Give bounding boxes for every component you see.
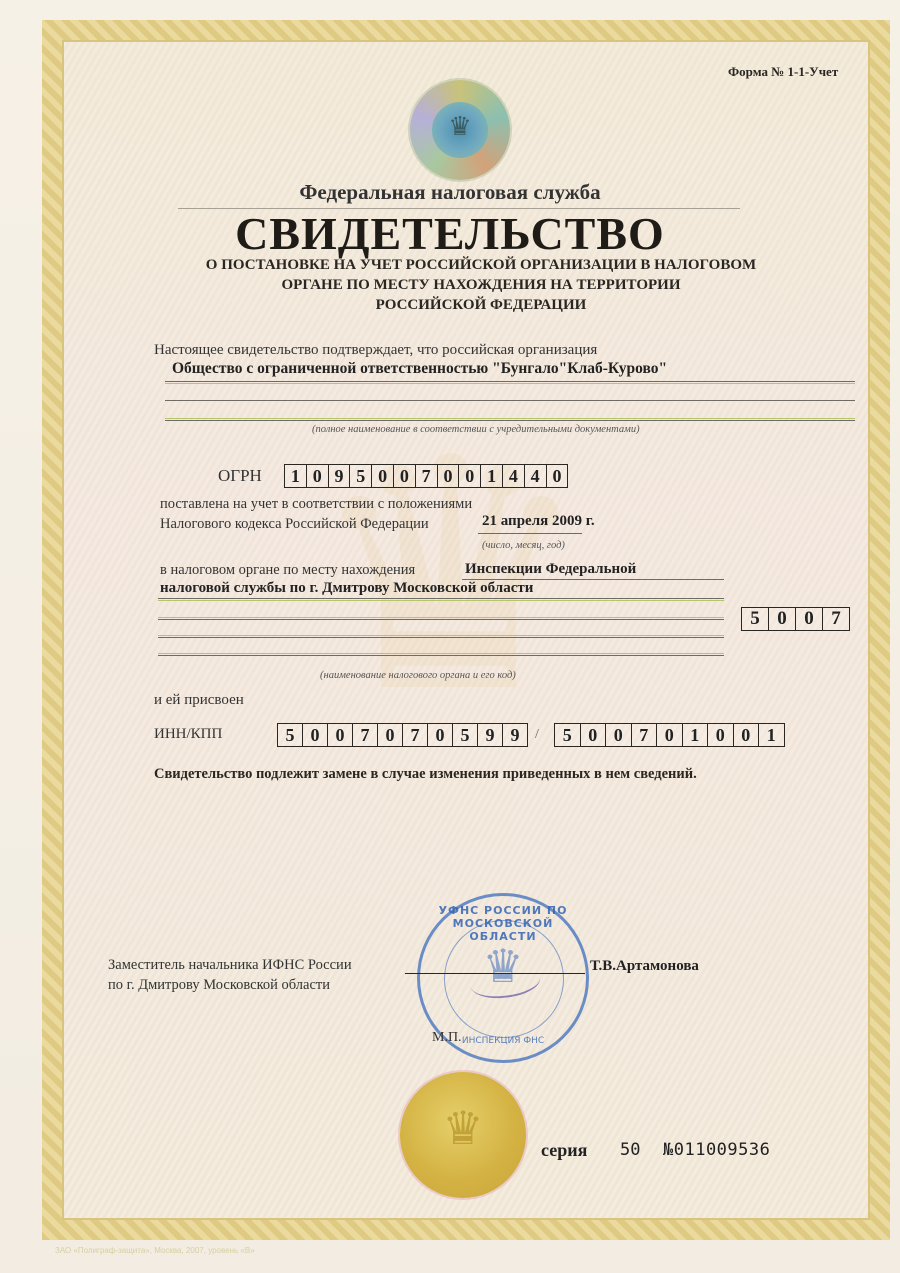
series-label: серия bbox=[541, 1140, 587, 1161]
subtitle-line: О ПОСТАНОВКЕ НА УЧЕТ РОССИЙСКОЙ ОРГАНИЗА… bbox=[0, 255, 900, 275]
digit-cell: 0 bbox=[303, 724, 328, 746]
digit-cell: 0 bbox=[547, 465, 568, 487]
digit-cell: 0 bbox=[378, 724, 403, 746]
tax-authority-code-boxes: 5007 bbox=[741, 607, 850, 631]
organization-intro: Настоящее свидетельство подтверждает, чт… bbox=[154, 342, 597, 359]
digit-cell: 9 bbox=[478, 724, 503, 746]
certificate-subtitle: О ПОСТАНОВКЕ НА УЧЕТ РОССИЙСКОЙ ОРГАНИЗА… bbox=[0, 255, 900, 315]
signer-position-line: по г. Дмитрову Московской области bbox=[108, 975, 352, 995]
digit-cell: 7 bbox=[353, 724, 378, 746]
digit-cell: 7 bbox=[403, 724, 428, 746]
assignment-intro: и ей присвоен bbox=[154, 692, 244, 709]
inn-kpp-label: ИНН/КПП bbox=[154, 726, 222, 743]
series-value: 50 bbox=[620, 1140, 640, 1160]
signer-position-line: Заместитель начальника ИФНС России bbox=[108, 955, 352, 975]
ogrn-digit-boxes: 1095007001440 bbox=[284, 464, 568, 488]
fill-line-accent bbox=[158, 635, 724, 636]
digit-cell: 5 bbox=[453, 724, 478, 746]
digit-cell: 7 bbox=[823, 608, 849, 630]
digit-cell: 7 bbox=[632, 724, 658, 746]
digit-cell: 5 bbox=[742, 608, 769, 630]
signer-name: Т.В.Артамонова bbox=[590, 958, 699, 975]
fill-line-accent bbox=[158, 617, 724, 618]
digit-cell: 9 bbox=[503, 724, 527, 746]
tax-authority-hint: (наименование налогового органа и его ко… bbox=[320, 670, 516, 681]
tax-authority-name-line2: налоговой службы по г. Дмитрову Московск… bbox=[160, 580, 533, 597]
organization-name-hint: (полное наименование в соответствии с уч… bbox=[312, 424, 640, 435]
eagle-icon: ♛ bbox=[400, 1106, 526, 1152]
digit-cell: 0 bbox=[438, 465, 460, 487]
digit-cell: 0 bbox=[581, 724, 607, 746]
certificate-title: СВИДЕТЕЛЬСТВО bbox=[0, 207, 900, 260]
fill-line bbox=[158, 598, 724, 599]
fill-line-accent bbox=[165, 383, 855, 384]
ogrn-label: ОГРН bbox=[218, 466, 262, 486]
fill-line-accent bbox=[158, 600, 724, 601]
subtitle-line: РОССИЙСКОЙ ФЕДЕРАЦИИ bbox=[0, 295, 900, 315]
stamp-text-top: УФНС РОССИИ ПО МОСКОВСКОЙ ОБЛАСТИ bbox=[420, 904, 586, 943]
digit-cell: 5 bbox=[278, 724, 303, 746]
form-number: Форма № 1-1-Учет bbox=[728, 64, 838, 80]
organization-name: Общество с ограниченной ответственностью… bbox=[172, 360, 667, 378]
fill-line bbox=[158, 655, 724, 656]
digit-cell: 0 bbox=[428, 724, 453, 746]
subtitle-line: ОРГАНЕ ПО МЕСТУ НАХОЖДЕНИЯ НА ТЕРРИТОРИИ bbox=[0, 275, 900, 295]
digit-cell: 5 bbox=[555, 724, 581, 746]
digit-cell: 0 bbox=[307, 465, 329, 487]
digit-cell: 5 bbox=[350, 465, 372, 487]
digit-cell: 1 bbox=[683, 724, 709, 746]
fill-line-accent bbox=[158, 653, 724, 654]
stamp-place-label: М.П. bbox=[432, 1030, 462, 1046]
tax-authority-intro: в налоговом органе по месту нахождения bbox=[160, 562, 415, 579]
digit-cell: 0 bbox=[734, 724, 760, 746]
gold-seal-icon: ♛ bbox=[400, 1072, 526, 1198]
digit-cell: 0 bbox=[769, 608, 796, 630]
digit-cell: 4 bbox=[503, 465, 525, 487]
inn-kpp-separator: / bbox=[535, 727, 539, 743]
digit-cell: 1 bbox=[759, 724, 784, 746]
fill-line bbox=[165, 400, 855, 401]
digit-cell: 0 bbox=[796, 608, 823, 630]
digit-cell: 0 bbox=[328, 724, 353, 746]
kpp-digit-boxes: 500701001 bbox=[554, 723, 785, 747]
digit-cell: 1 bbox=[285, 465, 307, 487]
signature-line bbox=[405, 973, 585, 974]
fill-line bbox=[165, 420, 855, 421]
registration-date: 21 апреля 2009 г. bbox=[482, 513, 595, 530]
date-underline bbox=[478, 533, 582, 534]
fill-line bbox=[158, 619, 724, 620]
digit-cell: 0 bbox=[372, 465, 394, 487]
digit-cell: 0 bbox=[606, 724, 632, 746]
inn-digit-boxes: 5007070599 bbox=[277, 723, 528, 747]
registration-date-hint: (число, месяц, год) bbox=[482, 540, 565, 551]
registration-text-line: поставлена на учет в соответствии с поло… bbox=[160, 494, 472, 514]
digit-cell: 4 bbox=[525, 465, 547, 487]
registration-text-line: Налогового кодекса Российской Федерации bbox=[160, 514, 472, 534]
fill-line bbox=[165, 381, 855, 382]
tax-authority-name-line1: Инспекции Федеральной bbox=[465, 561, 636, 578]
eagle-icon: ♛ bbox=[432, 114, 488, 140]
fill-line-accent bbox=[165, 418, 855, 419]
fill-line bbox=[158, 637, 724, 638]
digit-cell: 9 bbox=[329, 465, 351, 487]
digit-cell: 0 bbox=[459, 465, 481, 487]
digit-cell: 0 bbox=[394, 465, 416, 487]
printer-note: ЗАО «Полиграф-защита», Москва, 2007, уро… bbox=[55, 1246, 255, 1255]
hologram-emblem-icon: ♛ bbox=[410, 80, 510, 180]
agency-name: Федеральная налоговая служба bbox=[0, 180, 900, 205]
registration-text: поставлена на учет в соответствии с поло… bbox=[160, 494, 472, 534]
certificate-number: №011009536 bbox=[663, 1140, 770, 1160]
replacement-notice: Свидетельство подлежит замене в случае и… bbox=[154, 766, 697, 783]
digit-cell: 1 bbox=[481, 465, 503, 487]
digit-cell: 7 bbox=[416, 465, 438, 487]
digit-cell: 0 bbox=[657, 724, 683, 746]
digit-cell: 0 bbox=[708, 724, 734, 746]
signer-position: Заместитель начальника ИФНС России по г.… bbox=[108, 955, 352, 995]
